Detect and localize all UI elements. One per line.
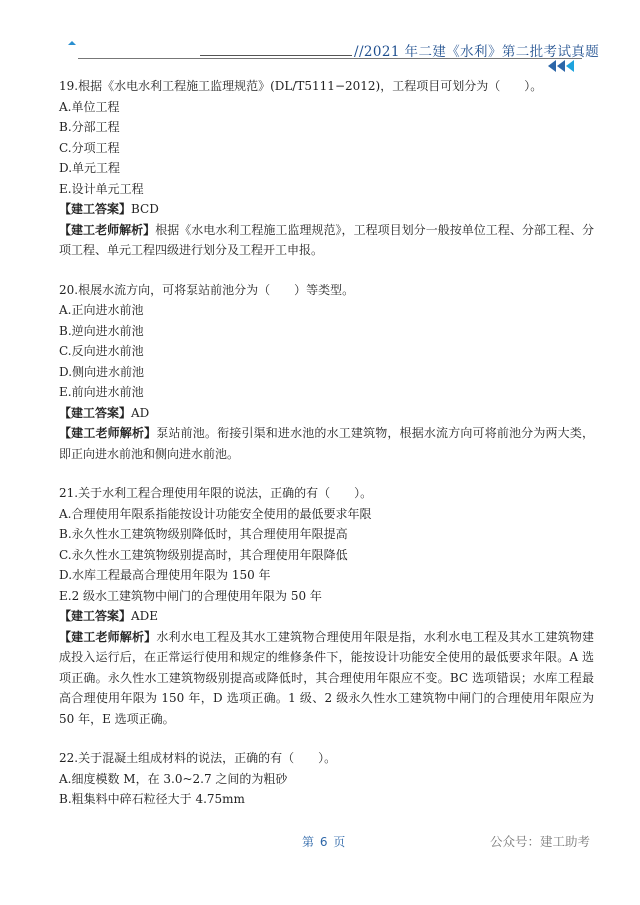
arrow-left-icon [548,60,556,72]
question-stem: 22.关于混凝土组成材料的说法，正确的有（ ）。 [59,748,594,769]
header-title: //2021 年二建《水利》第二批考试真题 [354,40,599,60]
analysis-label: 【建工老师解析】 [59,630,156,644]
document-page: //2021 年二建《水利》第二批考试真题 19.根据《水电水利工程施工监理规范… [0,0,640,905]
option-b: B.分部工程 [59,117,594,138]
question-list: 19.根据《水电水利工程施工监理规范》(DL/T5111−2012)，工程项目可… [59,76,594,810]
question-stem: 20.根展水流方向，可将泵站前池分为（ ）等类型。 [59,280,594,301]
answer-value: ADE [131,609,158,623]
option-d: D.单元工程 [59,158,594,179]
arrow-left-icon [566,60,574,72]
option-d: D.侧向进水前池 [59,362,594,383]
option-b: B.永久性水工建筑物级别降低时，其合理使用年限提高 [59,524,594,545]
question-20: 20.根展水流方向，可将泵站前池分为（ ）等类型。 A.正向进水前池 B.逆向进… [59,280,594,465]
analysis: 【建工老师解析】水利水电工程及其水工建筑物合理使用年限是指，水利水电工程及其水工… [59,627,594,730]
triangle-up-icon [68,41,76,45]
option-e: E.设计单元工程 [59,179,594,200]
option-a: A.单位工程 [59,97,594,118]
option-c: C.分项工程 [59,138,594,159]
question-stem: 21.关于水利工程合理使用年限的说法，正确的有（ ）。 [59,483,594,504]
arrow-left-icon [557,60,565,72]
analysis: 【建工老师解析】根据《水电水利工程施工监理规范》，工程项目划分一般按单位工程、分… [59,220,594,261]
option-b: B.粗集料中碎石粒径大于 4.75mm [59,789,594,810]
answer: 【建工答案】AD [59,403,594,424]
option-e: E.2 级水工建筑物中闸门的合理使用年限为 50 年 [59,586,594,607]
option-a: A.正向进水前池 [59,300,594,321]
question-21: 21.关于水利工程合理使用年限的说法，正确的有（ ）。 A.合理使用年限系指能按… [59,483,594,729]
answer-label: 【建工答案】 [59,609,131,623]
page-number: 第 6 页 [302,833,346,850]
option-b: B.逆向进水前池 [59,321,594,342]
header-arrows [548,60,574,72]
analysis: 【建工老师解析】泵站前池。衔接引渠和进水池的水工建筑物，根据水流方向可将前池分为… [59,423,594,464]
option-c: C.反向进水前池 [59,341,594,362]
option-a: A.细度模数 M，在 3.0~2.7 之间的为粗砂 [59,769,594,790]
answer-label: 【建工答案】 [59,202,131,216]
watermark: 公众号：建工助考 [490,832,590,850]
header-underline-short [200,55,352,56]
answer-value: AD [131,406,149,420]
answer-label: 【建工答案】 [59,406,131,420]
question-stem: 19.根据《水电水利工程施工监理规范》(DL/T5111−2012)，工程项目可… [59,76,594,97]
answer: 【建工答案】ADE [59,606,594,627]
option-a: A.合理使用年限系指能按设计功能安全使用的最低要求年限 [59,504,594,525]
answer-value: BCD [131,202,159,216]
question-22: 22.关于混凝土组成材料的说法，正确的有（ ）。 A.细度模数 M，在 3.0~… [59,748,594,810]
question-19: 19.根据《水电水利工程施工监理规范》(DL/T5111−2012)，工程项目可… [59,76,594,261]
option-c: C.永久性水工建筑物级别提高时，其合理使用年限降低 [59,545,594,566]
option-d: D.水库工程最高合理使用年限为 150 年 [59,565,594,586]
analysis-label: 【建工老师解析】 [59,223,155,237]
answer: 【建工答案】BCD [59,199,594,220]
option-e: E.前向进水前池 [59,382,594,403]
analysis-label: 【建工老师解析】 [59,426,156,440]
